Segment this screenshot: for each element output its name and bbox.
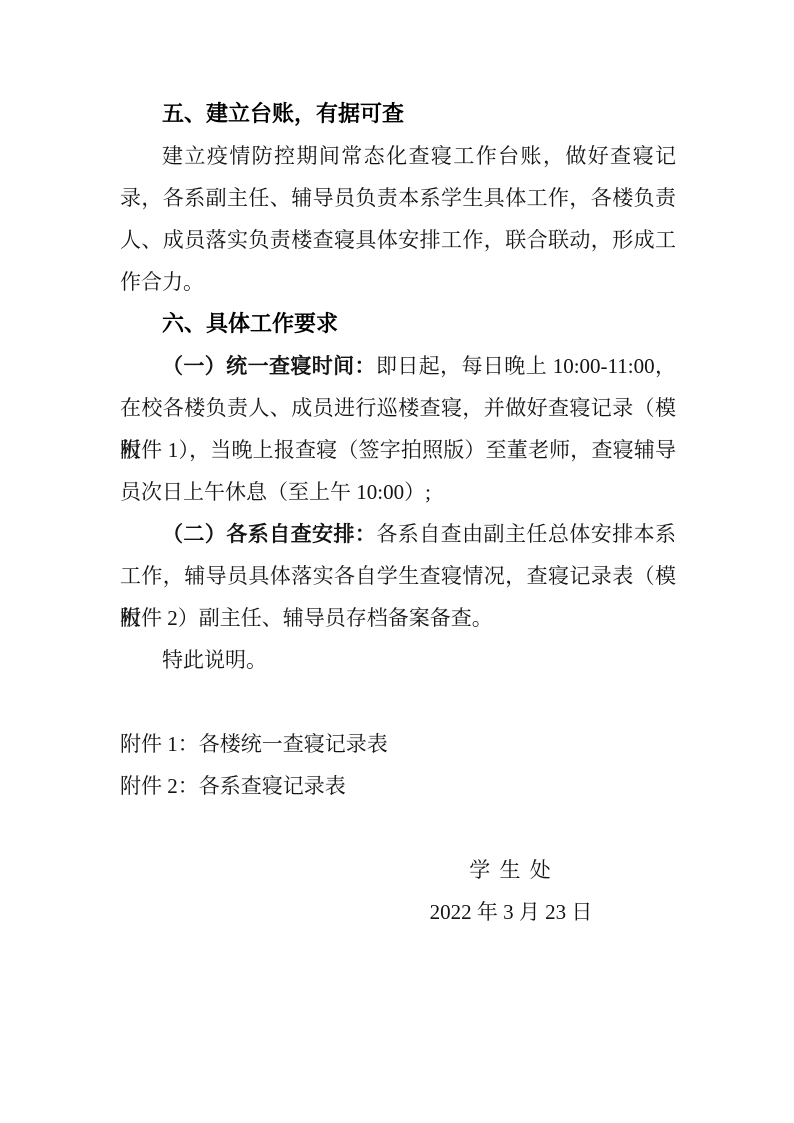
document-body: 五、建立台账，有据可查 建立疫情防控期间常态化查寝工作台账，做好查寝记 录，各系… xyxy=(120,93,676,933)
item1-line-1-rest: 即日起，每日晚上 10:00-11:00， xyxy=(376,354,676,378)
signature-date: 2022 年 3 月 23 日 xyxy=(346,891,676,933)
attachment-line-2: 附件 2：各系查寝记录表 xyxy=(120,765,676,807)
blank-line xyxy=(120,807,676,849)
closing-statement: 特此说明。 xyxy=(120,639,676,681)
item2-label: （二）各系自查安排： xyxy=(162,522,376,546)
section6-heading: 六、具体工作要求 xyxy=(120,303,676,345)
item1-line-3: 附件 1），当晚上报查寝（签字拍照版）至董老师，查寝辅导 xyxy=(120,429,676,471)
section5-para-line-1: 建立疫情防控期间常态化查寝工作台账，做好查寝记 xyxy=(120,135,676,177)
item1-line-1: （一）统一查寝时间：即日起，每日晚上 10:00-11:00， xyxy=(120,345,676,387)
item2-line-2: 工作，辅导员具体落实各自学生查寝情况，查寝记录表（模 板 xyxy=(120,555,676,597)
item2-line-1-rest: 各系自查由副主任总体安排本系 xyxy=(376,522,676,546)
section5-heading: 五、建立台账，有据可查 xyxy=(120,93,676,135)
blank-line xyxy=(120,681,676,723)
signature-department: 学 生 处 xyxy=(346,849,676,891)
item1-label: （一）统一查寝时间： xyxy=(162,354,376,378)
document-page: 五、建立台账，有据可查 建立疫情防控期间常态化查寝工作台账，做好查寝记 录，各系… xyxy=(0,0,794,1123)
section5-para-line-2: 录，各系副主任、辅导员负责本系学生具体工作，各楼负责 xyxy=(120,177,676,219)
section5-para-line-3: 人、成员落实负责楼查寝具体安排工作，联合联动，形成工 xyxy=(120,219,676,261)
attachment-line-1: 附件 1：各楼统一查寝记录表 xyxy=(120,723,676,765)
section5-para-line-4: 作合力。 xyxy=(120,261,676,303)
item2-line-1: （二）各系自查安排：各系自查由副主任总体安排本系 xyxy=(120,513,676,555)
item1-line-2: 在校各楼负责人、成员进行巡楼查寝，并做好查寝记录（模板 xyxy=(120,387,676,429)
item2-line-3: 附件 2）副主任、辅导员存档备案备查。 xyxy=(120,597,676,639)
item1-line-4: 员次日上午休息（至上午 10:00）; xyxy=(120,471,676,513)
signature-block: 学 生 处 2022 年 3 月 23 日 xyxy=(346,849,676,933)
